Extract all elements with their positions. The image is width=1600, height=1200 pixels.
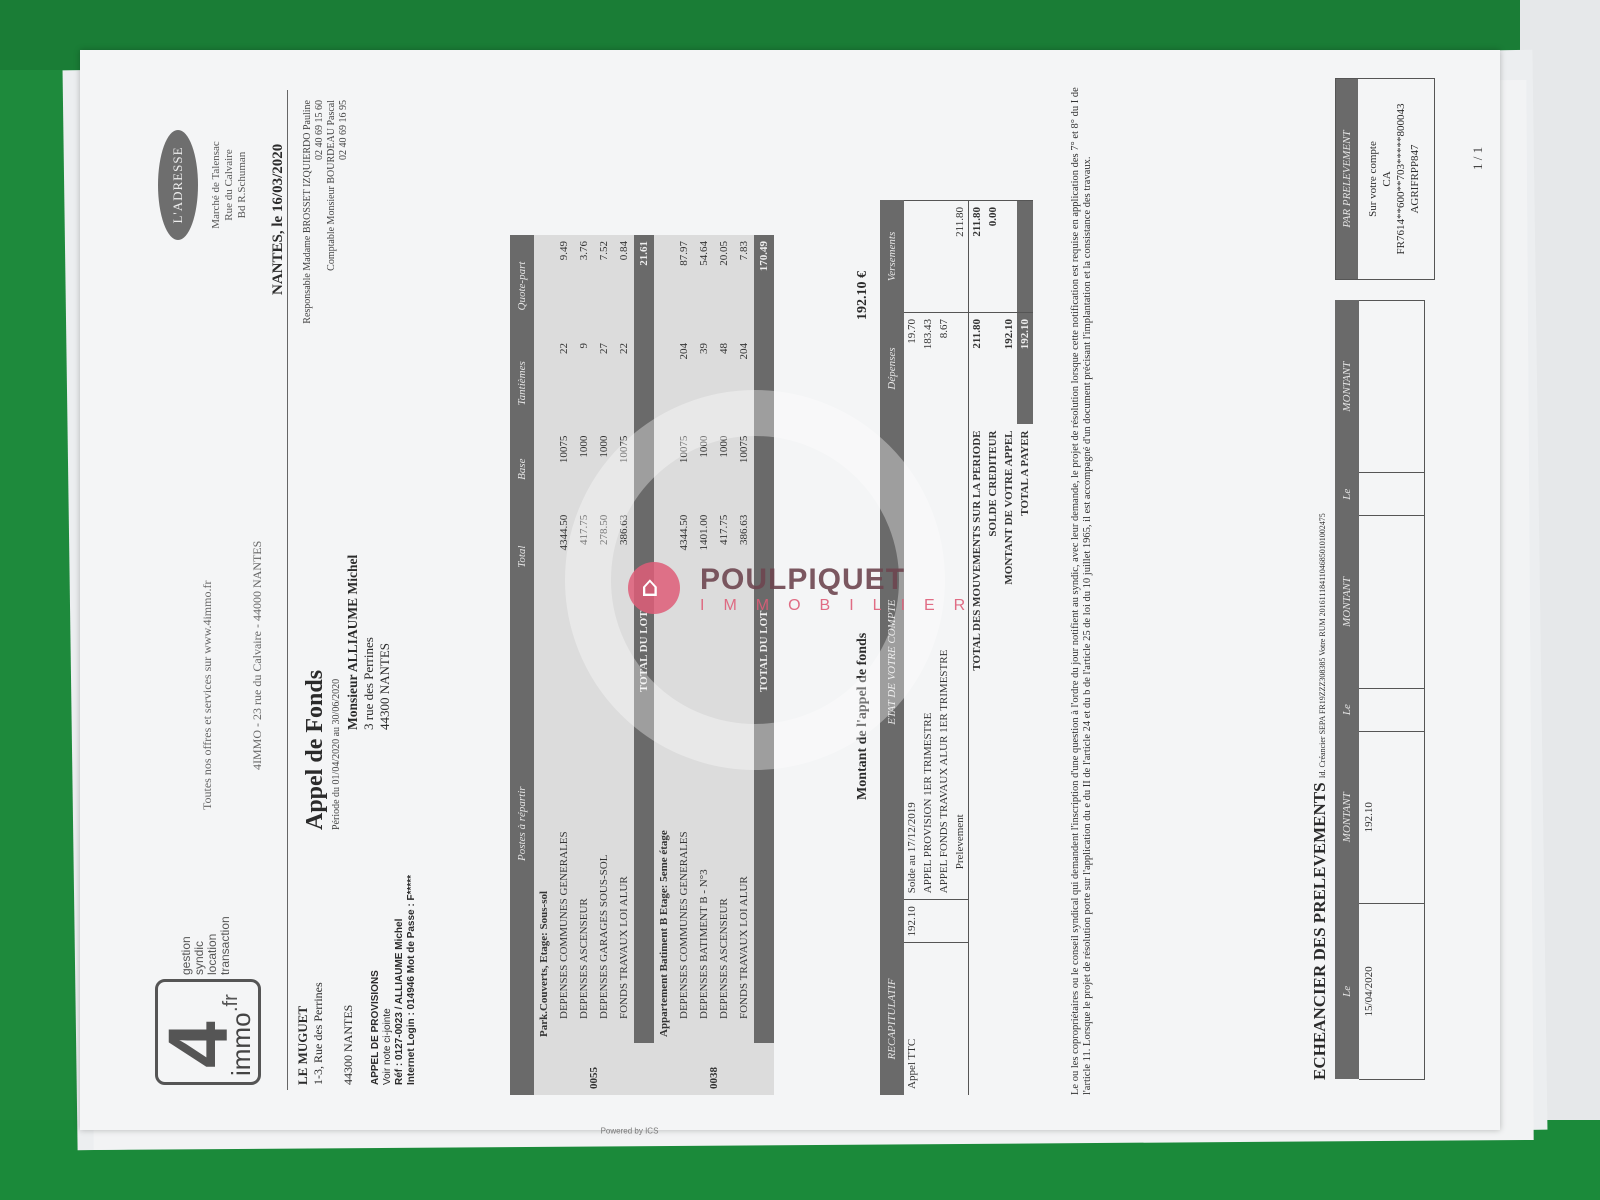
poste: DEPENSES COMMUNES GENERALES — [554, 604, 574, 1043]
agency-line: Rue du Calvaire — [223, 100, 236, 270]
tantiemes: 22 — [614, 337, 634, 430]
lot-number: 0038 — [654, 1043, 774, 1095]
copro-name: LE MUGUET — [295, 1006, 310, 1085]
comptable: Comptable Monsieur BOURDEAU Pascal — [326, 100, 338, 470]
col-montant: MONTANT — [1335, 516, 1359, 688]
recap-line-dep: 19.70 — [904, 313, 920, 425]
logo-word: immo — [226, 1012, 257, 1076]
page-title: Appel de Fonds — [302, 670, 329, 830]
amount-cell — [1359, 516, 1425, 688]
echeancier-title: ECHEANCIER DES PRELEVEMENTS Id. Créancie… — [1310, 513, 1330, 1080]
table-row: 15/04/2020 192.10 — [1359, 301, 1425, 1080]
montant-appel-value: 192.10 — [1001, 313, 1017, 425]
lot-number: 0055 — [534, 1043, 654, 1095]
col-lot — [510, 1043, 534, 1095]
col-base: Base — [510, 430, 534, 509]
agency-address: 4IMMO - 23 rue du Calvaire - 44000 NANTE… — [250, 541, 265, 770]
watermark-title: POULPIQUET — [700, 563, 905, 597]
par-prelevement-title: PAR PRELEVEMENT — [1336, 79, 1358, 279]
echeancier-heading: ECHEANCIER DES PRELEVEMENTS — [1310, 782, 1329, 1080]
col-le: Le — [1335, 473, 1359, 516]
legal-notice: Le ou les copropriétaires ou le conseil … — [1070, 85, 1094, 1095]
date-cell — [1359, 688, 1425, 731]
agency-line: Bd R.Schuman — [236, 100, 249, 270]
col-montant: MONTANT — [1335, 301, 1359, 473]
account-line: FR7614**600**703*****800043 — [1394, 83, 1408, 275]
sepa-info: Id. Créancier SEPA FR19ZZZ308385 Votre R… — [1318, 513, 1327, 778]
date-cell: 15/04/2020 — [1359, 903, 1425, 1079]
par-prelevement-box: PAR PRELEVEMENT Sur votre compte CA FR76… — [1335, 78, 1435, 280]
website-line: Toutes nos offres et services sur www.4i… — [200, 581, 215, 810]
document-date: NANTES, le 16/03/2020 — [270, 144, 287, 295]
comptable-phone: 02 40 69 16 95 — [338, 100, 350, 470]
recap-line-dep — [952, 313, 969, 425]
recap-line-ver — [936, 201, 952, 313]
solde-value: 0.00 — [985, 201, 1001, 313]
recipient-city: 44300 NANTES — [377, 643, 392, 730]
copro-city: 44300 NANTES — [341, 1005, 355, 1085]
ladresse-logo: L'ADRESSE — [158, 130, 198, 240]
watermark-subtitle: IMMOBILIER — [700, 597, 984, 615]
total-mouvements-ver: 211.80 — [969, 201, 986, 313]
tantiemes: 9 — [574, 337, 594, 430]
montant-appel-label: MONTANT DE VOTRE APPEL — [1001, 425, 1017, 1096]
account-line: Sur votre compte — [1366, 83, 1380, 275]
quote-part: 3.76 — [574, 235, 594, 337]
recipient-name: Monsieur ALLIAUME Michel — [345, 555, 360, 730]
tantiemes: 27 — [594, 337, 614, 430]
recap-line-dep: 183.43 — [920, 313, 936, 425]
divider — [287, 90, 288, 1090]
quote-part: 7.52 — [594, 235, 614, 337]
doc-type: APPEL DE PROVISIONS — [370, 970, 381, 1085]
lot-header-row: 0055Park.Couverts, Etage: Sous-sol — [534, 235, 554, 1095]
solde-row: SOLDE CREDITEUR 0.00 — [985, 201, 1001, 1096]
period: Période du 01/04/2020 au 30/06/2020 — [331, 679, 342, 830]
amount-cell — [1359, 301, 1425, 473]
total-mouvements-label: TOTAL DES MOUVEMENTS SUR LA PERIODE — [969, 425, 986, 1096]
recap-line-dep: 8.67 — [936, 313, 952, 425]
col-blank — [880, 900, 904, 943]
amount-cell: 192.10 — [1359, 731, 1425, 903]
tantiemes: 22 — [554, 337, 574, 430]
col-recap: RECAPITULATIF — [880, 943, 904, 1095]
copro-street: 1-3, Rue des Perrines — [311, 982, 325, 1085]
4immo-logo: 4 immo — [155, 979, 261, 1085]
echeancier-table: Le MONTANT Le MONTANT Le MONTANT 15/04/2… — [1335, 300, 1425, 1080]
lot-total-value: 170.49 — [754, 235, 774, 337]
total-mouvements-dep: 211.80 — [969, 313, 986, 425]
copro-address: LE MUGUET 1-3, Rue des Perrines 44300 NA… — [295, 982, 356, 1085]
table-row: DEPENSES COMMUNES GENERALES4344.50100752… — [554, 235, 574, 1095]
reference: Réf : 0127-0023 / ALLIAUME Michel — [394, 919, 405, 1085]
quote-part: 87.97 — [674, 235, 694, 337]
logo-domain: .fr — [220, 994, 243, 1012]
col-quote-part: Quote-part — [510, 235, 534, 337]
page-number: 1 / 1 — [1470, 147, 1486, 170]
recap-line-label: APPEL FONDS TRAVAUX ALUR 1ER TRIMESTRE — [936, 425, 952, 900]
powered-by: Powered by ICS — [601, 1127, 659, 1136]
total-payer-value: 192.10 — [1017, 313, 1033, 425]
account-line: AGRIFRPP847 — [1408, 83, 1422, 275]
logo-services: gestion syndic location transaction — [180, 916, 232, 975]
contacts: Responsable Madame BROSSET IZQUIERDO Pau… — [302, 100, 350, 470]
col-le: Le — [1335, 688, 1359, 731]
col-depenses: Dépenses — [880, 313, 904, 425]
quote-part: 54.64 — [694, 235, 714, 337]
recap-line-ver — [904, 201, 920, 313]
col-versements: Versements — [880, 201, 904, 313]
recipient-street: 3 rue des Perrines — [361, 637, 376, 730]
appel-label: Appel TTC — [904, 943, 969, 1095]
quote-part: 20.05 — [714, 235, 734, 337]
solde-label: SOLDE CREDITEUR — [985, 425, 1001, 1096]
responsable: Responsable Madame BROSSET IZQUIERDO Pau… — [302, 100, 314, 470]
house-icon: ⌂ — [641, 572, 659, 602]
base: 10075 — [554, 430, 574, 509]
provision-info: APPEL DE PROVISIONS Voir note ci-jointe … — [370, 875, 418, 1085]
agency-line: Marché de Talensac — [210, 100, 223, 270]
recipient: Monsieur ALLIAUME Michel 3 rue des Perri… — [345, 555, 393, 730]
quote-part: 7.83 — [734, 235, 754, 337]
montant-appel-row: MONTANT DE VOTRE APPEL 192.10 — [1001, 201, 1017, 1096]
agency-lines: Marché de Talensac Rue du Calvaire Bd R.… — [210, 100, 249, 270]
recap-line-ver — [920, 201, 936, 313]
recap-line-ver: 211.80 — [952, 201, 969, 313]
col-montant: MONTANT — [1335, 731, 1359, 903]
col-postes: Postes à répartir — [510, 604, 534, 1043]
account-info: Sur votre compte CA FR7614**600**703****… — [1358, 79, 1434, 279]
col-le: Le — [1335, 903, 1359, 1079]
service-item: transaction — [219, 916, 232, 975]
total-mouvements-row: TOTAL DES MOUVEMENTS SUR LA PERIODE 211.… — [969, 201, 986, 1096]
internet-login: Internet Login : 014946 Mot de Passe : F… — [406, 875, 417, 1085]
montant-value: 192.10 € — [855, 271, 871, 320]
col-total: Total — [510, 509, 534, 605]
appel-value: 192.10 — [904, 900, 969, 943]
col-tantiemes: Tantièmes — [510, 337, 534, 430]
total-payer-row: TOTAL A PAYER 192.10 — [1017, 201, 1033, 1096]
quote-part: 0.84 — [614, 235, 634, 337]
lot-total-value: 21.61 — [634, 235, 654, 337]
total-payer-label: TOTAL A PAYER — [1017, 425, 1033, 1096]
date-cell — [1359, 473, 1425, 516]
quote-part: 9.49 — [554, 235, 574, 337]
recap-line-label: Prelevement — [952, 425, 969, 900]
account-line: CA — [1380, 83, 1394, 275]
responsable-phone: 02 40 69 15 60 — [314, 100, 326, 470]
lot-title: Park.Couverts, Etage: Sous-sol — [534, 604, 554, 1043]
note: Voir note ci-jointe — [382, 1008, 393, 1085]
